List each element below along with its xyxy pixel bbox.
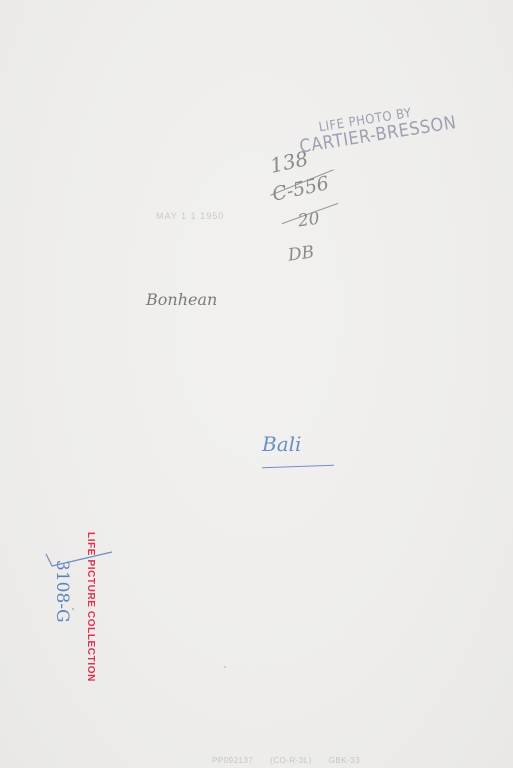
bottom-note-2: (CO-R-3L) [270, 756, 312, 765]
catalog-number: 3108-G [52, 560, 72, 623]
bottom-faint-notes: PP092137 (CO-R-3L) GBK-33 [212, 756, 374, 765]
place-note: Bali [262, 432, 301, 456]
speck [224, 666, 226, 668]
bottom-note-1: PP092137 [212, 756, 253, 765]
collection-stamp: LIFE PICTURE COLLECTION [85, 532, 96, 682]
pencil-initials: DB [287, 242, 316, 265]
bottom-note-3: GBK-33 [329, 756, 360, 765]
signature: Bonhean [146, 290, 217, 309]
speck [72, 608, 74, 610]
pencil-note-3: 20 [297, 209, 321, 232]
date-stamp: MAY 1 1 1950 [156, 211, 224, 221]
